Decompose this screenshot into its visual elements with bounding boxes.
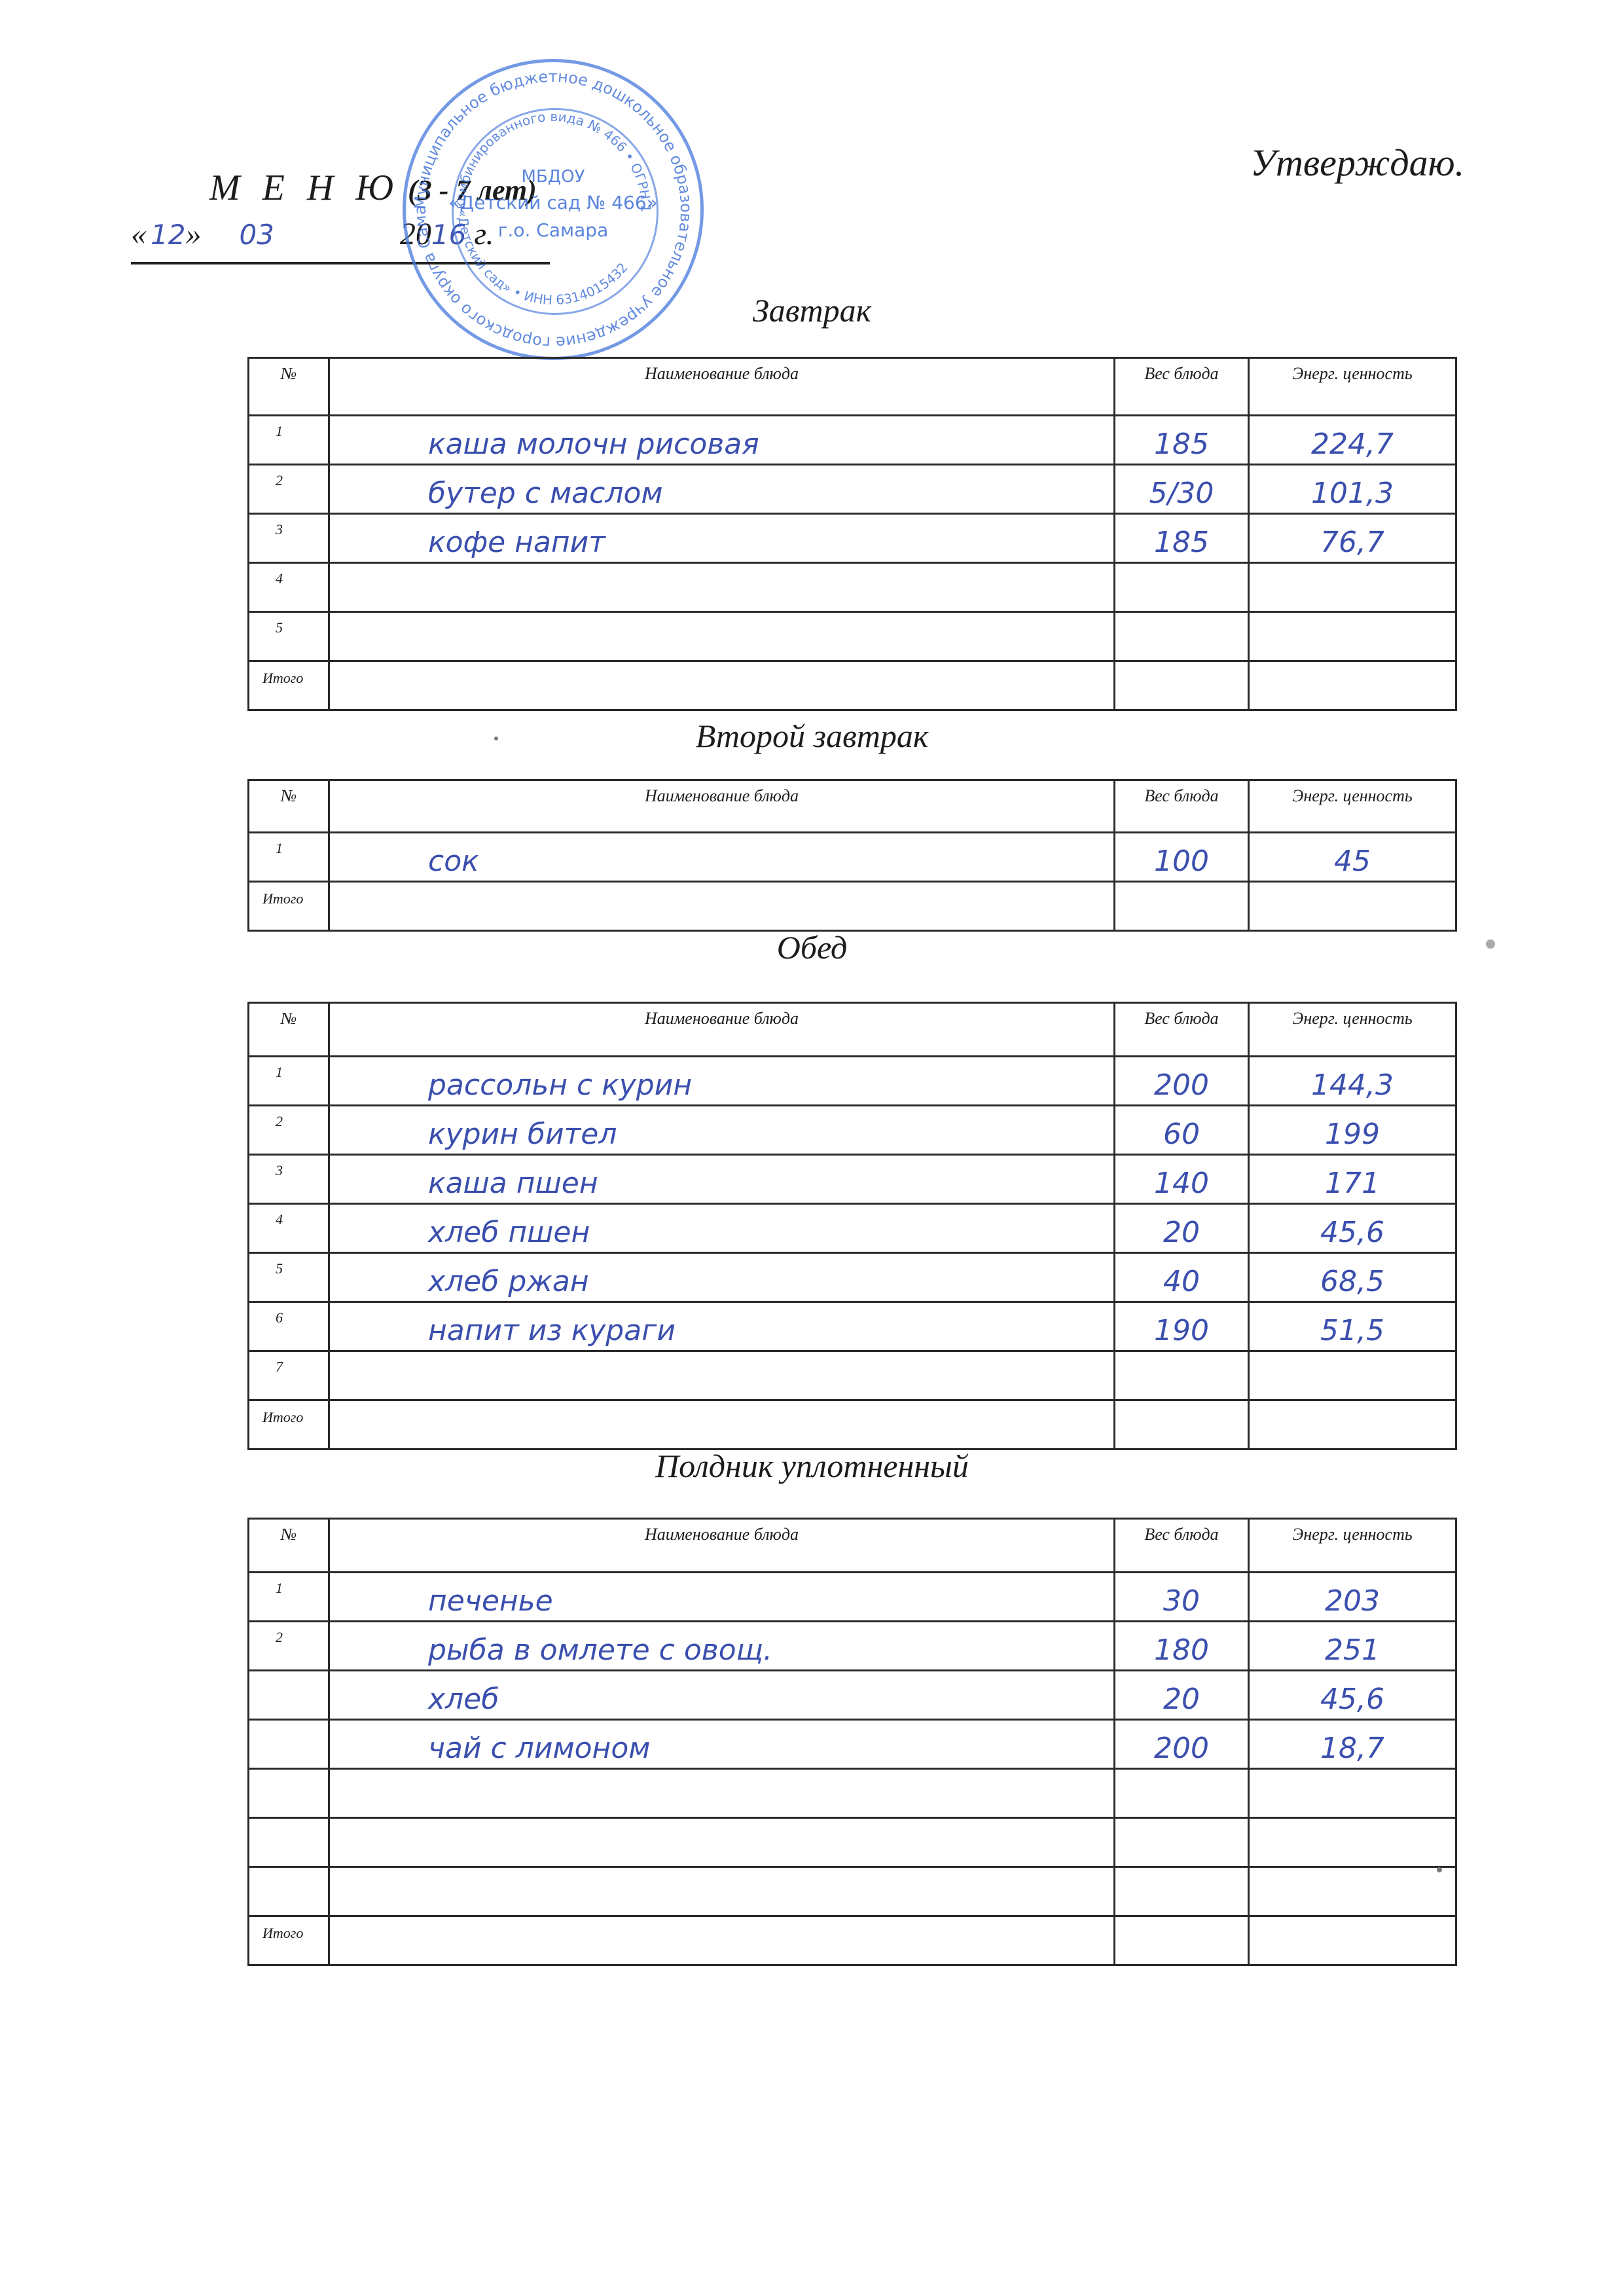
dish-weight-cell: 100 xyxy=(1115,833,1249,882)
row-num: 1 xyxy=(249,833,328,857)
dish-energy-cell xyxy=(1249,1769,1456,1818)
dish-weight-cell: 60 xyxy=(1115,1106,1249,1155)
row-num xyxy=(249,1868,328,1874)
menu-table: №Наименование блюдаВес блюдаЭнерг. ценно… xyxy=(247,1518,1457,1966)
total-label: Итого xyxy=(249,1917,328,1942)
dish-name: чай с лимоном xyxy=(428,1732,650,1765)
dish-energy-cell: 18,7 xyxy=(1249,1720,1456,1769)
approval-label: Утверждаю. xyxy=(1250,141,1464,185)
dish-name-cell: сок xyxy=(329,833,1115,882)
date-close-quote: » xyxy=(185,217,201,251)
dish-energy-cell: 76,7 xyxy=(1249,514,1456,563)
total-weight-cell xyxy=(1115,1400,1249,1449)
col-name-header: Наименование блюда xyxy=(329,358,1115,416)
table-row: 1сок10045 xyxy=(249,833,1456,882)
dish-energy-cell: 45 xyxy=(1249,833,1456,882)
dish-weight: 40 xyxy=(1115,1265,1248,1298)
dish-energy: 45 xyxy=(1250,845,1455,878)
dish-name: печенье xyxy=(428,1584,553,1618)
table-row: 7 xyxy=(249,1351,1456,1400)
dish-weight: 190 xyxy=(1115,1314,1248,1347)
dish-weight: 30 xyxy=(1115,1584,1248,1618)
table-row: 2бутер с маслом5/30101,3 xyxy=(249,465,1456,514)
stamp-center-line1: МБДОУ xyxy=(406,167,700,187)
dish-energy-cell: 199 xyxy=(1249,1106,1456,1155)
dish-name: рыба в омлете с овощ. xyxy=(428,1633,772,1667)
table-row: 1печенье30203 xyxy=(249,1573,1456,1622)
meal-title: Обед xyxy=(0,928,1624,966)
dish-energy-cell: 68,5 xyxy=(1249,1253,1456,1302)
dish-energy-cell: 251 xyxy=(1249,1622,1456,1671)
dish-weight: 180 xyxy=(1115,1633,1248,1667)
row-num-cell: 3 xyxy=(249,1155,329,1204)
dish-weight-cell xyxy=(1115,1351,1249,1400)
row-num: 1 xyxy=(249,1057,328,1081)
total-label-cell: Итого xyxy=(249,1916,329,1965)
meal-title: Полдник уплотненный xyxy=(0,1447,1624,1485)
scan-speck xyxy=(494,737,498,740)
total-name-cell xyxy=(329,661,1115,710)
dish-weight: 185 xyxy=(1115,526,1248,559)
dish-energy-cell: 45,6 xyxy=(1249,1204,1456,1253)
dish-weight-cell xyxy=(1115,1818,1249,1867)
dish-weight: 5/30 xyxy=(1115,477,1248,510)
row-num xyxy=(249,1671,328,1678)
row-num-cell: 1 xyxy=(249,416,329,465)
dish-energy: 224,7 xyxy=(1250,428,1455,461)
dish-weight-cell: 185 xyxy=(1115,514,1249,563)
col-name-header: Наименование блюда xyxy=(329,1003,1115,1057)
row-num: 1 xyxy=(249,1573,328,1597)
dish-weight-cell: 190 xyxy=(1115,1302,1249,1351)
dish-name: каша молочн рисовая xyxy=(428,428,759,461)
dish-energy: 144,3 xyxy=(1250,1068,1455,1102)
col-energy-header: Энерг. ценность xyxy=(1249,358,1456,416)
dish-name-cell xyxy=(329,612,1115,661)
table-row: 3кофе напит18576,7 xyxy=(249,514,1456,563)
scan-speck xyxy=(1437,1867,1442,1872)
row-num xyxy=(249,1819,328,1825)
col-num-header: № xyxy=(249,1003,329,1057)
row-num xyxy=(249,1721,328,1727)
table-row: 4 xyxy=(249,563,1456,612)
dish-weight-cell: 5/30 xyxy=(1115,465,1249,514)
dish-energy: 51,5 xyxy=(1250,1314,1455,1347)
dish-weight-cell: 200 xyxy=(1115,1720,1249,1769)
total-label-cell: Итого xyxy=(249,661,329,710)
row-num-cell: 3 xyxy=(249,514,329,563)
row-num-cell: 6 xyxy=(249,1302,329,1351)
dish-weight-cell xyxy=(1115,563,1249,612)
menu-title-text: М Е Н Ю xyxy=(209,168,400,208)
dish-energy-cell: 171 xyxy=(1249,1155,1456,1204)
table-row: 3каша пшен140171 xyxy=(249,1155,1456,1204)
row-num: 4 xyxy=(249,1205,328,1228)
total-label: Итого xyxy=(249,662,328,687)
table-row: чай с лимоном20018,7 xyxy=(249,1720,1456,1769)
row-num-cell: 2 xyxy=(249,1106,329,1155)
row-num-cell: 4 xyxy=(249,1204,329,1253)
dish-weight-cell xyxy=(1115,1867,1249,1916)
col-energy-header: Энерг. ценность xyxy=(1249,1519,1456,1573)
dish-energy: 199 xyxy=(1250,1118,1455,1151)
dish-name-cell: кофе напит xyxy=(329,514,1115,563)
table-header-row: №Наименование блюдаВес блюдаЭнерг. ценно… xyxy=(249,1003,1456,1057)
dish-energy: 18,7 xyxy=(1250,1732,1455,1765)
table-row: 5 xyxy=(249,612,1456,661)
row-num-cell xyxy=(249,1671,329,1720)
col-energy-header: Энерг. ценность xyxy=(1249,780,1456,833)
dish-weight-cell: 30 xyxy=(1115,1573,1249,1622)
table-row: 2курин бител60199 xyxy=(249,1106,1456,1155)
total-row: Итого xyxy=(249,1400,1456,1449)
dish-energy: 68,5 xyxy=(1250,1265,1455,1298)
total-energy-cell xyxy=(1249,661,1456,710)
total-label-cell: Итого xyxy=(249,1400,329,1449)
dish-weight: 185 xyxy=(1115,428,1248,461)
row-num: 6 xyxy=(249,1303,328,1326)
dish-name: рассольн с курин xyxy=(428,1068,692,1102)
dish-energy-cell: 51,5 xyxy=(1249,1302,1456,1351)
total-label: Итого xyxy=(249,883,328,907)
dish-weight: 20 xyxy=(1115,1216,1248,1249)
col-weight-header: Вес блюда xyxy=(1115,358,1249,416)
dish-energy: 45,6 xyxy=(1250,1216,1455,1249)
dish-name: каша пшен xyxy=(428,1167,598,1200)
row-num: 2 xyxy=(249,1622,328,1646)
total-row: Итого xyxy=(249,882,1456,931)
dish-weight: 20 xyxy=(1115,1683,1248,1716)
dish-weight-cell xyxy=(1115,1769,1249,1818)
dish-name-cell xyxy=(329,1818,1115,1867)
dish-energy: 101,3 xyxy=(1250,477,1455,510)
total-row: Итого xyxy=(249,661,1456,710)
dish-weight: 200 xyxy=(1115,1732,1248,1765)
dish-name-cell: каша молочн рисовая xyxy=(329,416,1115,465)
stamp-center-line3: г.о. Самара xyxy=(406,219,700,241)
table-row: 2рыба в омлете с овощ.180251 xyxy=(249,1622,1456,1671)
dish-energy-cell: 101,3 xyxy=(1249,465,1456,514)
dish-name-cell: курин бител xyxy=(329,1106,1115,1155)
dish-weight-cell: 20 xyxy=(1115,1204,1249,1253)
row-num-cell xyxy=(249,1769,329,1818)
meal-title: Завтрак xyxy=(0,291,1624,329)
table-row: 1рассольн с курин200144,3 xyxy=(249,1057,1456,1106)
table-row xyxy=(249,1818,1456,1867)
dish-weight-cell: 200 xyxy=(1115,1057,1249,1106)
dish-weight-cell: 40 xyxy=(1115,1253,1249,1302)
dish-name-cell: каша пшен xyxy=(329,1155,1115,1204)
dish-name: хлеб ржан xyxy=(428,1265,589,1298)
row-num-cell: 1 xyxy=(249,1573,329,1622)
table-header-row: №Наименование блюдаВес блюдаЭнерг. ценно… xyxy=(249,780,1456,833)
scan-speck xyxy=(1486,939,1495,949)
dish-name: бутер с маслом xyxy=(428,477,663,510)
dish-energy-cell xyxy=(1249,612,1456,661)
row-num xyxy=(249,1770,328,1776)
total-energy-cell xyxy=(1249,1916,1456,1965)
dish-energy: 203 xyxy=(1250,1584,1455,1618)
row-num-cell xyxy=(249,1720,329,1769)
table-row: хлеб2045,6 xyxy=(249,1671,1456,1720)
table-row xyxy=(249,1867,1456,1916)
meal-title: Второй завтрак xyxy=(0,717,1624,755)
col-num-header: № xyxy=(249,780,329,833)
dish-energy-cell: 144,3 xyxy=(1249,1057,1456,1106)
date-month: 03 xyxy=(239,219,274,251)
dish-name: курин бител xyxy=(428,1118,617,1151)
table-row: 6напит из кураги19051,5 xyxy=(249,1302,1456,1351)
dish-weight: 140 xyxy=(1115,1167,1248,1200)
dish-energy-cell xyxy=(1249,1818,1456,1867)
col-name-header: Наименование блюда xyxy=(329,1519,1115,1573)
row-num-cell: 2 xyxy=(249,465,329,514)
dish-name-cell: чай с лимоном xyxy=(329,1720,1115,1769)
total-name-cell xyxy=(329,1400,1115,1449)
row-num: 3 xyxy=(249,1156,328,1179)
dish-name: напит из кураги xyxy=(428,1314,676,1347)
col-weight-header: Вес блюда xyxy=(1115,780,1249,833)
dish-energy-cell: 45,6 xyxy=(1249,1671,1456,1720)
row-num-cell xyxy=(249,1818,329,1867)
col-num-header: № xyxy=(249,1519,329,1573)
dish-energy-cell xyxy=(1249,1867,1456,1916)
table-header-row: №Наименование блюдаВес блюдаЭнерг. ценно… xyxy=(249,358,1456,416)
table-header-row: №Наименование блюдаВес блюдаЭнерг. ценно… xyxy=(249,1519,1456,1573)
row-num: 3 xyxy=(249,515,328,538)
dish-name: хлеб пшен xyxy=(428,1216,590,1249)
total-name-cell xyxy=(329,882,1115,931)
dish-weight: 60 xyxy=(1115,1118,1248,1151)
dish-weight-cell: 185 xyxy=(1115,416,1249,465)
dish-energy-cell: 224,7 xyxy=(1249,416,1456,465)
row-num-cell: 2 xyxy=(249,1622,329,1671)
dish-weight: 100 xyxy=(1115,845,1248,878)
dish-name-cell xyxy=(329,563,1115,612)
col-weight-header: Вес блюда xyxy=(1115,1519,1249,1573)
dish-name-cell xyxy=(329,1769,1115,1818)
table-row xyxy=(249,1769,1456,1818)
total-weight-cell xyxy=(1115,1916,1249,1965)
total-weight-cell xyxy=(1115,882,1249,931)
stamp-center-line2: «Детский сад № 466» xyxy=(406,192,700,213)
row-num: 5 xyxy=(249,613,328,636)
row-num-cell xyxy=(249,1867,329,1916)
col-energy-header: Энерг. ценность xyxy=(1249,1003,1456,1057)
row-num-cell: 1 xyxy=(249,1057,329,1106)
dish-energy-cell xyxy=(1249,563,1456,612)
dish-name: кофе напит xyxy=(428,526,605,559)
row-num-cell: 5 xyxy=(249,612,329,661)
dish-weight-cell: 140 xyxy=(1115,1155,1249,1204)
dish-name-cell: напит из кураги xyxy=(329,1302,1115,1351)
row-num-cell: 5 xyxy=(249,1253,329,1302)
dish-energy: 76,7 xyxy=(1250,526,1455,559)
dish-weight-cell: 20 xyxy=(1115,1671,1249,1720)
col-num-header: № xyxy=(249,358,329,416)
table-row: 5хлеб ржан4068,5 xyxy=(249,1253,1456,1302)
col-name-header: Наименование блюда xyxy=(329,780,1115,833)
dish-name-cell: бутер с маслом xyxy=(329,465,1115,514)
dish-name: хлеб xyxy=(428,1683,499,1716)
date-day: 12 xyxy=(151,219,185,251)
menu-table: №Наименование блюдаВес блюдаЭнерг. ценно… xyxy=(247,357,1457,711)
date-open-quote: « xyxy=(131,217,147,251)
dish-energy: 45,6 xyxy=(1250,1683,1455,1716)
dish-name-cell: хлеб ржан xyxy=(329,1253,1115,1302)
dish-weight-cell xyxy=(1115,612,1249,661)
dish-name-cell xyxy=(329,1351,1115,1400)
row-num-cell: 4 xyxy=(249,563,329,612)
row-num: 4 xyxy=(249,564,328,587)
dish-energy: 171 xyxy=(1250,1167,1455,1200)
total-name-cell xyxy=(329,1916,1115,1965)
dish-name-cell: хлеб пшен xyxy=(329,1204,1115,1253)
row-num: 5 xyxy=(249,1254,328,1277)
row-num: 2 xyxy=(249,1106,328,1130)
table-row: 1каша молочн рисовая185224,7 xyxy=(249,416,1456,465)
row-num: 1 xyxy=(249,416,328,440)
menu-table: №Наименование блюдаВес блюдаЭнерг. ценно… xyxy=(247,1002,1457,1450)
total-weight-cell xyxy=(1115,661,1249,710)
dish-name-cell: печенье xyxy=(329,1573,1115,1622)
dish-energy-cell: 203 xyxy=(1249,1573,1456,1622)
dish-name: сок xyxy=(428,845,479,878)
total-label: Итого xyxy=(249,1401,328,1426)
dish-weight-cell: 180 xyxy=(1115,1622,1249,1671)
dish-name-cell: хлеб xyxy=(329,1671,1115,1720)
total-row: Итого xyxy=(249,1916,1456,1965)
dish-energy: 251 xyxy=(1250,1633,1455,1667)
row-num: 7 xyxy=(249,1352,328,1376)
total-energy-cell xyxy=(1249,1400,1456,1449)
dish-weight: 200 xyxy=(1115,1068,1248,1102)
dish-name-cell xyxy=(329,1867,1115,1916)
dish-name-cell: рассольн с курин xyxy=(329,1057,1115,1106)
table-row: 4хлеб пшен2045,6 xyxy=(249,1204,1456,1253)
dish-energy-cell xyxy=(1249,1351,1456,1400)
total-label-cell: Итого xyxy=(249,882,329,931)
menu-table: №Наименование блюдаВес блюдаЭнерг. ценно… xyxy=(247,779,1457,932)
dish-name-cell: рыба в омлете с овощ. xyxy=(329,1622,1115,1671)
row-num: 2 xyxy=(249,465,328,489)
row-num-cell: 1 xyxy=(249,833,329,882)
total-energy-cell xyxy=(1249,882,1456,931)
row-num-cell: 7 xyxy=(249,1351,329,1400)
col-weight-header: Вес блюда xyxy=(1115,1003,1249,1057)
